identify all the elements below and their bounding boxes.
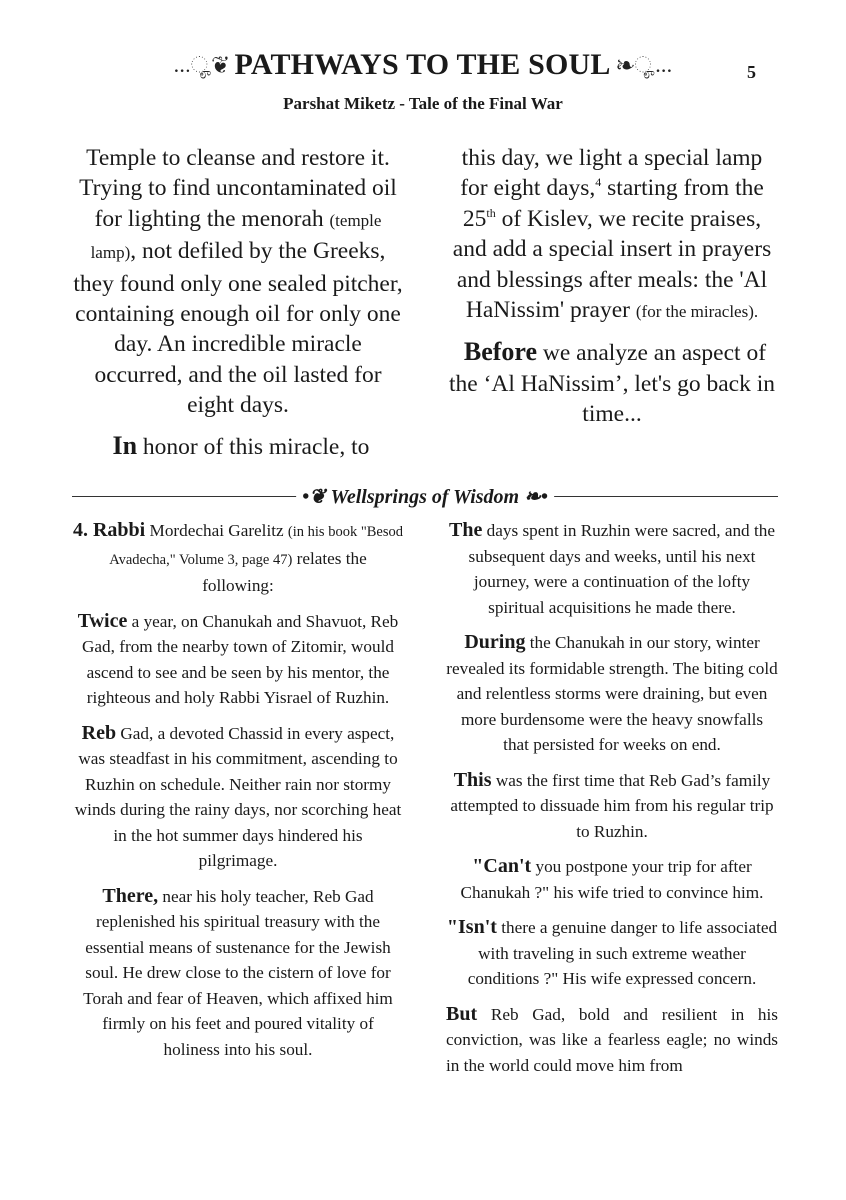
main-text-columns: Temple to cleanse and restore it. Trying… <box>72 143 778 472</box>
main-column-right: this day, we light a special lamp for ei… <box>446 143 778 472</box>
paragraph: In honor of this miracle, to <box>72 431 404 462</box>
main-column-left: Temple to cleanse and restore it. Trying… <box>72 143 404 472</box>
paragraph: Before we analyze an aspect of the ‘Al H… <box>446 337 778 429</box>
book-title-text: PATHWAYS TO THE SOUL <box>235 48 611 82</box>
paragraph: 4. Rabbi Mordechai Garelitz (in his book… <box>72 518 404 599</box>
page-header: ...ೄ❦ PATHWAYS TO THE SOUL ❧ೄ... 5 Parsh… <box>0 48 846 114</box>
paragraph: But Reb Gad, bold and resilient in his c… <box>446 1002 778 1079</box>
ornament-left-icon: ...ೄ❦ <box>174 52 229 78</box>
wellsprings-column-right: The days spent in Ruzhin were sacred, an… <box>446 518 778 1088</box>
wellsprings-column-left: 4. Rabbi Mordechai Garelitz (in his book… <box>72 518 404 1088</box>
paragraph: Twice a year, on Chanukah and Shavuot, R… <box>72 609 404 711</box>
paragraph: There, near his holy teacher, Reb Gad re… <box>72 884 404 1063</box>
paragraph: this day, we light a special lamp for ei… <box>446 143 778 327</box>
paragraph: The days spent in Ruzhin were sacred, an… <box>446 518 778 620</box>
ornament-left-icon: •❦ <box>302 486 326 508</box>
wellsprings-columns: 4. Rabbi Mordechai Garelitz (in his book… <box>72 518 778 1088</box>
paragraph: "Can't you postpone your trip for after … <box>446 854 778 905</box>
section-heading: •❦ Wellsprings of Wisdom ❧• <box>296 484 554 509</box>
ornament-right-icon: ❧ೄ... <box>617 52 673 78</box>
chapter-subtitle: Parshat Miketz - Tale of the Final War <box>0 94 846 114</box>
book-title: ...ೄ❦ PATHWAYS TO THE SOUL ❧ೄ... <box>174 48 673 82</box>
paragraph: This was the first time that Reb Gad’s f… <box>446 768 778 845</box>
paragraph: "Isn't there a genuine danger to life as… <box>446 915 778 992</box>
ornament-right-icon: ❧• <box>524 486 548 508</box>
section-divider: •❦ Wellsprings of Wisdom ❧• <box>72 484 778 508</box>
paragraph: During the Chanukah in our story, winter… <box>446 630 778 758</box>
page-number: 5 <box>747 62 756 83</box>
paragraph: Temple to cleanse and restore it. Trying… <box>72 143 404 421</box>
paragraph: Reb Gad, a devoted Chassid in every aspe… <box>72 721 404 874</box>
